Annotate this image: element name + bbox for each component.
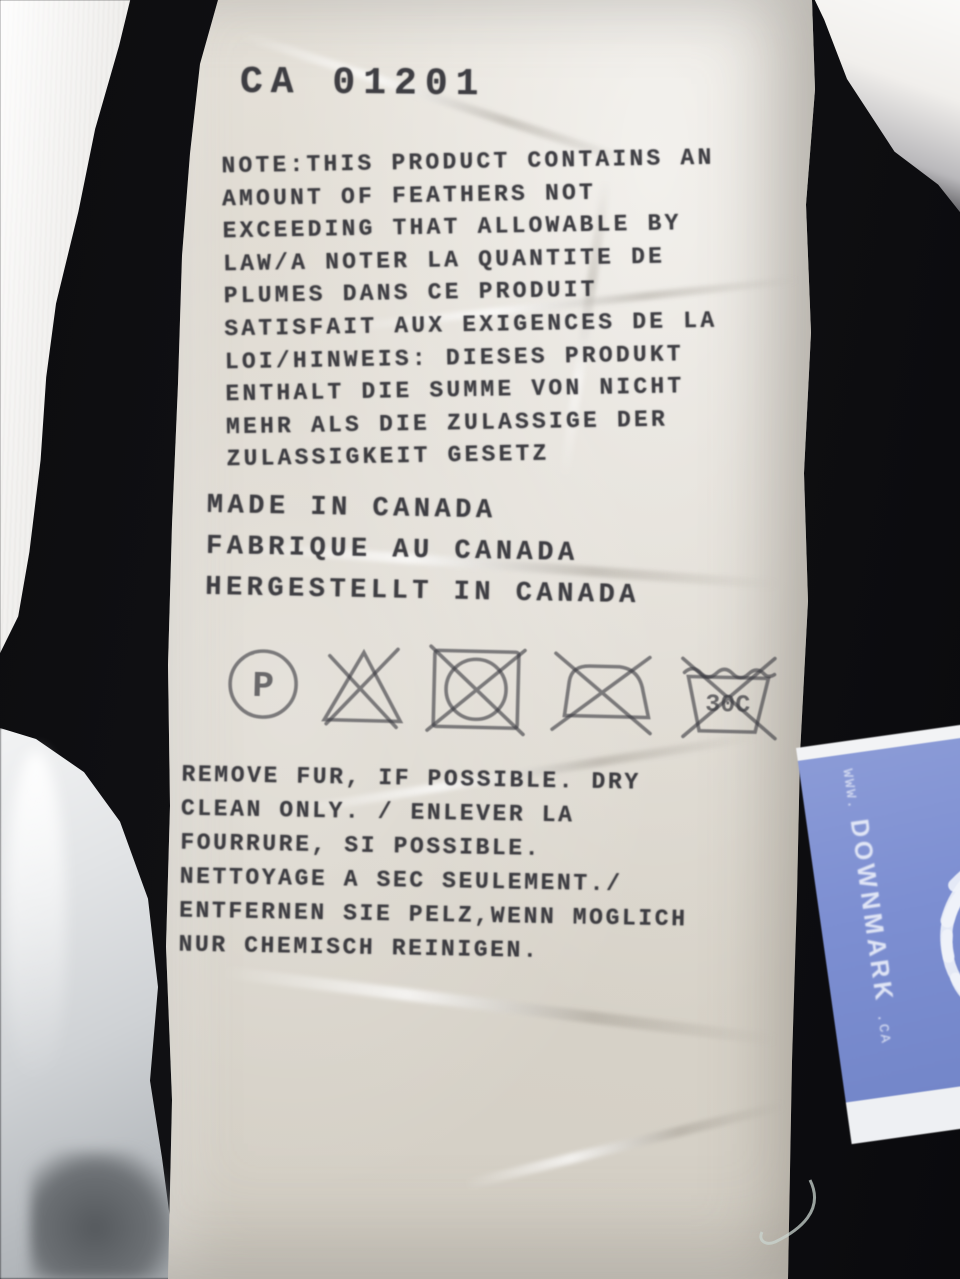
care-symbols-row: P — [221, 635, 788, 749]
do-not-bleach-icon — [316, 637, 410, 739]
product-code: CA 01201 — [240, 61, 487, 107]
svg-text:30C: 30C — [705, 690, 751, 720]
care-label: CA 01201 NOTE:THIS PRODUCT CONTAINS AN A… — [160, 0, 820, 1279]
loose-thread — [740, 1170, 860, 1270]
do-not-iron-icon — [542, 643, 660, 746]
tag-url-suffix: .CA — [873, 1013, 893, 1046]
svg-text:P: P — [252, 666, 275, 708]
dry-clean-p-icon: P — [221, 635, 305, 737]
care-instructions-paragraph: REMOVE FUR, IF POSSIBLE. DRY CLEAN ONLY.… — [178, 758, 690, 971]
plastic-bag-shadow — [30, 1150, 175, 1279]
origin-line: HERGESTELLT IN CANADA — [205, 568, 640, 617]
feather-note-paragraph: NOTE:THIS PRODUCT CONTAINS AN AMOUNT OF … — [221, 142, 720, 476]
country-of-origin: MADE IN CANADA FABRIQUE AU CANADA HERGES… — [205, 486, 642, 617]
care-label-photo: CA 01201 NOTE:THIS PRODUCT CONTAINS AN A… — [0, 0, 960, 1279]
plastic-bag-sheen — [6, 750, 66, 1080]
label-crease — [221, 966, 778, 1046]
do-not-tumble-dry-icon — [421, 640, 531, 743]
tag-url-prefix: WWW. — [839, 768, 861, 811]
white-fabric-corner — [790, 0, 960, 310]
label-crease — [464, 1100, 787, 1190]
downmark-certification-tag: WWW. DOWNMARK .CA — [796, 716, 960, 1144]
do-not-wash-icon: 30C — [671, 646, 785, 749]
